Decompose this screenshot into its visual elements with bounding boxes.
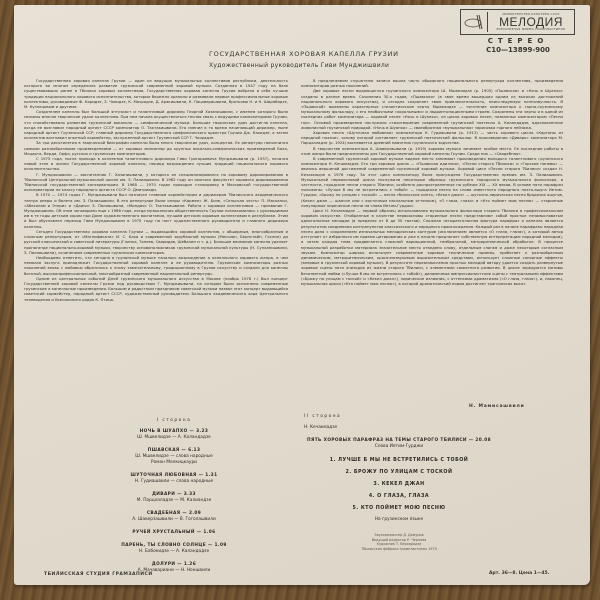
track-credit: А. Шаверзашвили — В. Гоголашвили (54, 517, 294, 522)
album-title: ГОСУДАРСТВЕННАЯ ХОРОВАЯ КАПЕЛЛА ГРУЗИИ (209, 50, 399, 58)
side-2-label: II сторона (304, 414, 494, 419)
side-1-label: I сторона (54, 418, 294, 423)
cycle-block: ПЯТЬ ХОРОВЫХ ПАРАФРАЗ НА ТЕМЫ СТАРОГО ТБ… (304, 438, 494, 449)
notes-paragraph: Г. Мунджишвили — воспитанник Г. Хазанишв… (24, 172, 288, 193)
side-1-tracklist: I сторона НОЧЬ В ШУАПХО — 3.23Ш. Мшвелид… (54, 418, 294, 581)
production-credits: Звукорежиссер Д. Демуров Ведущий редакто… (304, 533, 494, 551)
notes-paragraph: Сегодня Государственная хоровая капелла … (24, 229, 288, 255)
album-subtitle: Художественный руководитель Гиви Мунджиш… (209, 62, 389, 69)
track-title: ДИВАРИ — 3.33 (54, 492, 294, 497)
track-title: ПШАВСКАЯ — 6.13 (54, 448, 294, 453)
track-credit: Ш. Мшвелидзе — А. Каландадзе (54, 435, 294, 440)
notes-paragraph: Хоровая песня «Шуточная любовная» композ… (301, 130, 563, 146)
track-title: ПАРЕНЬ, ТЫ СЛОВНО СОЛНЦЕ — 1.09 (54, 543, 294, 548)
track-credit: Н. Гудиашвили — слова народные (54, 479, 294, 484)
track-title: ДОЛУРИ — 1.26 (54, 562, 294, 567)
language-note: На грузинском языке (304, 517, 494, 522)
notes-paragraph: С 1975 года, после прихода в коллектив т… (24, 156, 288, 172)
melodiya-logo: МИНИСТЕРСТВО КУЛЬТУРЫ СССР МЕЛОДИЯ ВСЕСО… (460, 9, 575, 35)
track-title: ШУТОЧНАЯ ЛЮБОВНАЯ — 1.31 (54, 473, 294, 478)
track-title: СВАДЕБНАЯ — 2.09 (54, 511, 294, 516)
notes-paragraph: За три десятилетия в творческой биографи… (24, 140, 288, 156)
track-title: РУЧЕЙ ХРУСТАЛЬНЫЙ — 1.06 (54, 530, 294, 535)
cycle-title: ПЯТЬ ХОРОВЫХ ПАРАФРАЗ НА ТЕМЫ СТАРОГО ТБ… (304, 438, 494, 443)
notes-paragraph: Одним из центральных событий Дней грузин… (24, 276, 288, 302)
catalog-number: С10—13899-900 (462, 46, 574, 54)
notes-paragraph: Цикл Н. Кечакмадзе — первый образец испо… (301, 208, 563, 286)
track-credit: Роман Мелкицкаури (54, 460, 294, 465)
track-title: НОЧЬ В ШУАПХО — 3.23 (54, 429, 294, 434)
track-item: НОЧЬ В ШУАПХО — 3.23Ш. Мшвелидзе — А. Ка… (54, 429, 294, 440)
side-2-composer: Н. Кечакмадзе (304, 425, 494, 430)
notes-author: Н. Мамисашвили (469, 404, 525, 409)
notes-paragraph: Две хоровые песни выдающегося грузинског… (301, 88, 563, 130)
cycle-credit: Слова Иетим-Гурджи (304, 444, 494, 449)
liner-notes-right: В предлагаемом слушателю записи вошла ча… (301, 78, 563, 286)
cycle-part: 1. ЛУЧШЕ Б МЫ НЕ ВСТРЕТИЛИСЬ С ТОБОЙ (304, 458, 494, 463)
notes-paragraph: В творчестве композитора А. Шаверзашвили… (301, 146, 563, 156)
track-credit: Ш. Мшвелидзе — слова народные (54, 454, 294, 459)
notes-paragraph: Создателем капеллы был большой энтузиаст… (24, 109, 288, 140)
format-label: СТЕРЕО (462, 37, 574, 45)
liner-notes-left: Государственная хоровая капелла Грузии —… (24, 78, 288, 302)
melodiya-emblem-icon (463, 12, 488, 32)
track-item: СВАДЕБНАЯ — 2.09А. Шаверзашвили — В. Гог… (54, 511, 294, 522)
credit-line: Тбилисская фабрика грампластинок 1979 (304, 547, 494, 552)
side-2-tracklist: II сторона Н. Кечакмадзе ПЯТЬ ХОРОВЫХ ПА… (304, 414, 494, 551)
cycle-part: 5. КТО ПОЙМЕТ МОЮ ПЕСНЮ (304, 506, 494, 511)
track-credit: М. Парцхаладзе — М. Калиандзе (54, 498, 294, 503)
cycle-part: 3. КЕКЕЛ ДЖАН (304, 482, 494, 487)
notes-paragraph: Необходимо отметить, что сегодня в грузи… (24, 255, 288, 276)
track-credit: Н. Бабокидзе — А. Каландадзе (54, 549, 294, 554)
logo-firm-text: ВСЕСОЮЗНАЯ ФИРМА ГРАМПЛАСТИНОК (488, 28, 574, 31)
record-sleeve-back: МИНИСТЕРСТВО КУЛЬТУРЫ СССР МЕЛОДИЯ ВСЕСО… (14, 5, 590, 585)
track-item: ДИВАРИ — 3.33М. Парцхаладзе — М. Калианд… (54, 492, 294, 503)
cycle-part: 4. О ГЛАЗА, ГЛАЗА (304, 494, 494, 499)
cycle-part: 2. БРОЖУ ПО УЛИЦАМ С ТОСКОЙ (304, 470, 494, 475)
notes-paragraph: В 1970 — 1974 годах Г. Мунджишвили был н… (24, 192, 288, 228)
notes-paragraph: Государственная хоровая капелла Грузии —… (24, 78, 288, 109)
notes-paragraph: В современной грузинской хоровой музыке … (301, 156, 563, 208)
price-label: Арт. 36—8. Цена 1—45. (489, 571, 549, 576)
track-item: ПАРЕНЬ, ТЫ СЛОВНО СОЛНЦЕ — 1.09Н. Бабоки… (54, 543, 294, 554)
track-item: РУЧЕЙ ХРУСТАЛЬНЫЙ — 1.06 (54, 530, 294, 535)
notes-paragraph: В предлагаемом слушателю записи вошла ча… (301, 78, 563, 88)
studio-name: ТБИЛИССКАЯ СТУДИЯ ГРАМЗАПИСИ (44, 572, 153, 577)
track-item: ПШАВСКАЯ — 6.13Ш. Мшвелидзе — слова наро… (54, 448, 294, 465)
track-item: ШУТОЧНАЯ ЛЮБОВНАЯ — 1.31Н. Гудиашвили — … (54, 473, 294, 484)
